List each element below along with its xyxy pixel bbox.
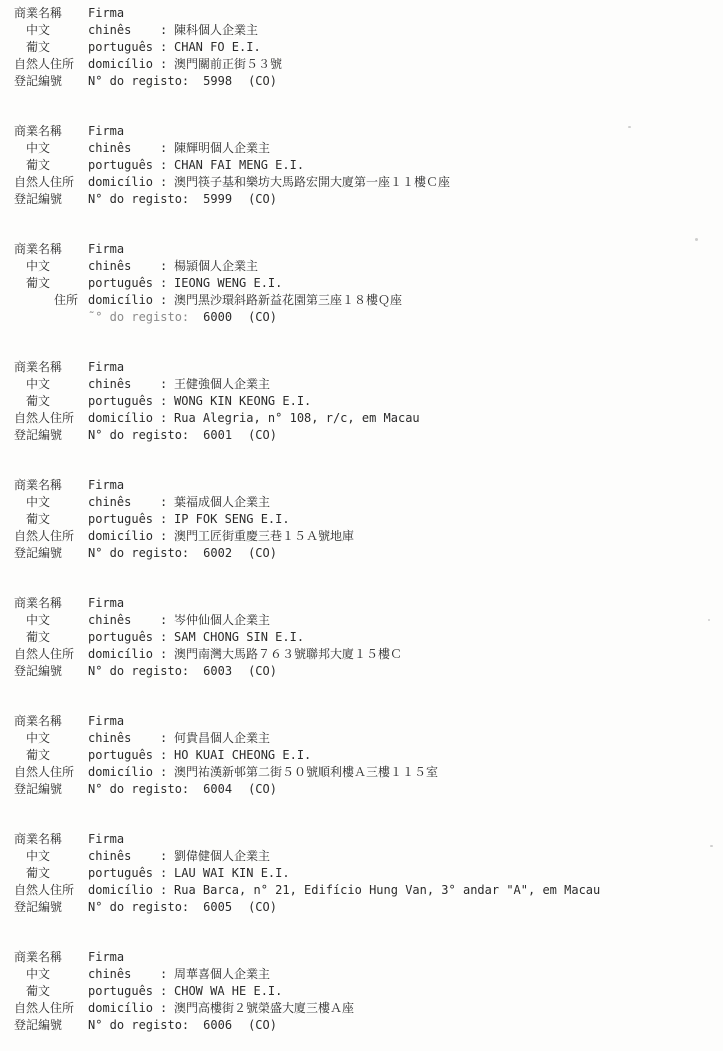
chinese-name-value: 岑仲仙個人企業主 [174,612,270,629]
colon-separator: : [160,528,174,545]
colon-separator: : [160,764,174,781]
registo-suffix: (CO) [248,899,277,916]
portuguese-name-row: 葡文 português : CHAN FO E.I. [14,39,723,56]
chinese-label-zh: 中文 [14,966,88,983]
firma-label-pt: Firma [88,241,124,258]
chinese-name-value: 楊頴個人企業主 [174,258,258,275]
colon-separator: : [160,730,174,747]
domicilio-row: 自然人住所 domicílio : 澳門關前正街５３號 [14,56,723,73]
domicilio-label-pt: domicílio [88,56,160,73]
chinese-label-pt: chinês [88,376,160,393]
registo-number: 6006 [203,1017,232,1034]
registo-row: 登記編號 N° do registo: 5999 (CO) [14,191,723,208]
portuguese-label-pt: português [88,39,160,56]
chinese-label-zh: 中文 [14,612,88,629]
colon-separator: : [160,393,174,410]
registo-label-pt: N° do registo: [88,663,189,680]
registo-label-pt: N° do registo: [88,73,189,90]
chinese-name-value: 何貴昌個人企業主 [174,730,270,747]
colon-separator: : [160,410,174,427]
firma-label-zh: 商業名稱 [14,595,88,612]
registry-page: 商業名稱 Firma 中文 chinês : 陳科個人企業主 葡文 portug… [0,0,723,1051]
registo-suffix: (CO) [248,663,277,680]
chinese-name-value: 周華喜個人企業主 [174,966,270,983]
portuguese-name-row: 葡文 português : IEONG WENG E.I. [14,275,723,292]
domicilio-value: 澳門高樓街２號榮盛大廈三樓Ａ座 [174,1000,354,1017]
domicilio-label-zh: 自然人住所 [14,882,88,899]
domicilio-label-pt: domicílio [88,1000,160,1017]
portuguese-label-pt: português [88,865,160,882]
portuguese-label-pt: português [88,747,160,764]
scan-speck [628,126,631,128]
portuguese-label-pt: português [88,157,160,174]
domicilio-row: 住所 domicílio : 澳門黑沙環斜路新益花園第三座１８樓Ｑ座 [14,292,723,309]
portuguese-label-zh: 葡文 [14,39,88,56]
registo-suffix: (CO) [248,191,277,208]
portuguese-name-value: CHOW WA HE E.I. [174,983,282,1000]
portuguese-name-row: 葡文 português : SAM CHONG SIN E.I. [14,629,723,646]
firma-row: 商業名稱 Firma [14,241,723,258]
domicilio-label-zh: 自然人住所 [14,174,88,191]
registo-suffix: (CO) [248,545,277,562]
domicilio-label-pt: domicílio [88,292,160,309]
domicilio-row: 自然人住所 domicílio : 澳門工匠街重慶三巷１５Ａ號地庫 [14,528,723,545]
colon-separator: : [160,629,174,646]
colon-separator: : [160,1000,174,1017]
registry-list: 商業名稱 Firma 中文 chinês : 陳科個人企業主 葡文 portug… [14,5,723,1034]
registo-label-zh: 登記編號 [14,73,88,90]
portuguese-name-value: IP FOK SENG E.I. [174,511,290,528]
chinese-name-value: 劉偉健個人企業主 [174,848,270,865]
domicilio-label-pt: domicílio [88,174,160,191]
domicilio-value: Rua Alegria, n° 108, r/c, em Macau [174,410,420,427]
registo-label-zh: 登記編號 [14,545,88,562]
domicilio-label-zh: 自然人住所 [14,528,88,545]
colon-separator: : [160,494,174,511]
registo-label-zh: 登記編號 [14,663,88,680]
chinese-label-zh: 中文 [14,730,88,747]
chinese-name-row: 中文 chinês : 陳輝明個人企業主 [14,140,723,157]
firma-label-zh: 商業名稱 [14,241,88,258]
colon-separator: : [160,275,174,292]
registo-label-pt: N° do registo: [88,427,189,444]
chinese-label-zh: 中文 [14,494,88,511]
registo-label-zh [14,309,88,326]
firma-label-zh: 商業名稱 [14,831,88,848]
domicilio-label-zh: 住所 [14,292,88,309]
portuguese-name-value: SAM CHONG SIN E.I. [174,629,304,646]
registry-entry: 商業名稱 Firma 中文 chinês : 劉偉健個人企業主 葡文 portu… [14,831,723,916]
domicilio-value: 澳門筷子基和樂坊大馬路宏開大廈第一座１１樓Ｃ座 [174,174,450,191]
domicilio-label-pt: domicílio [88,764,160,781]
registo-number: 6005 [203,899,232,916]
registry-entry: 商業名稱 Firma 中文 chinês : 葉福成個人企業主 葡文 portu… [14,477,723,562]
registo-label-zh: 登記編號 [14,191,88,208]
firma-label-pt: Firma [88,123,124,140]
registry-entry: 商業名稱 Firma 中文 chinês : 王健強個人企業主 葡文 portu… [14,359,723,444]
colon-separator: : [160,882,174,899]
portuguese-label-zh: 葡文 [14,983,88,1000]
registo-label-pt: N° do registo: [88,545,189,562]
registo-number: 6001 [203,427,232,444]
registo-row: 登記編號 N° do registo: 5998 (CO) [14,73,723,90]
portuguese-label-zh: 葡文 [14,393,88,410]
chinese-label-pt: chinês [88,140,160,157]
colon-separator: : [160,966,174,983]
firma-label-zh: 商業名稱 [14,949,88,966]
colon-separator: : [160,174,174,191]
portuguese-name-value: WONG KIN KEONG E.I. [174,393,311,410]
scan-speck [710,845,713,847]
registo-number: 5998 [203,73,232,90]
registo-row: 登記編號 N° do registo: 6003 (CO) [14,663,723,680]
firma-row: 商業名稱 Firma [14,831,723,848]
firma-row: 商業名稱 Firma [14,359,723,376]
colon-separator: : [160,646,174,663]
registo-number: 6002 [203,545,232,562]
domicilio-row: 自然人住所 domicílio : 澳門筷子基和樂坊大馬路宏開大廈第一座１１樓Ｃ… [14,174,723,191]
firma-label-zh: 商業名稱 [14,477,88,494]
colon-separator: : [160,848,174,865]
firma-label-pt: Firma [88,477,124,494]
registo-label-zh: 登記編號 [14,899,88,916]
registo-suffix: (CO) [248,781,277,798]
domicilio-row: 自然人住所 domicílio : Rua Barca, n° 21, Edif… [14,882,723,899]
chinese-name-value: 葉福成個人企業主 [174,494,270,511]
chinese-name-row: 中文 chinês : 劉偉健個人企業主 [14,848,723,865]
firma-row: 商業名稱 Firma [14,5,723,22]
chinese-name-value: 陳輝明個人企業主 [174,140,270,157]
portuguese-label-pt: português [88,983,160,1000]
portuguese-name-row: 葡文 português : IP FOK SENG E.I. [14,511,723,528]
registo-number: 6000 [203,309,232,326]
portuguese-name-value: IEONG WENG E.I. [174,275,282,292]
portuguese-label-pt: português [88,511,160,528]
registo-row: 登記編號 N° do registo: 6005 (CO) [14,899,723,916]
portuguese-name-row: 葡文 português : CHOW WA HE E.I. [14,983,723,1000]
colon-separator: : [160,983,174,1000]
chinese-label-zh: 中文 [14,22,88,39]
chinese-name-row: 中文 chinês : 周華喜個人企業主 [14,966,723,983]
registo-label-pt: N° do registo: [88,781,189,798]
registo-suffix: (CO) [248,309,277,326]
chinese-name-row: 中文 chinês : 何貴昌個人企業主 [14,730,723,747]
registo-label-zh: 登記編號 [14,1017,88,1034]
colon-separator: : [160,612,174,629]
domicilio-label-zh: 自然人住所 [14,764,88,781]
firma-row: 商業名稱 Firma [14,477,723,494]
chinese-name-row: 中文 chinês : 岑仲仙個人企業主 [14,612,723,629]
portuguese-label-zh: 葡文 [14,511,88,528]
portuguese-label-zh: 葡文 [14,157,88,174]
registo-row: 登記編號 N° do registo: 6002 (CO) [14,545,723,562]
chinese-label-pt: chinês [88,730,160,747]
firma-label-pt: Firma [88,949,124,966]
firma-row: 商業名稱 Firma [14,595,723,612]
chinese-label-pt: chinês [88,494,160,511]
registo-label-pt: N° do registo: [88,191,189,208]
scan-speck [708,619,710,621]
domicilio-value: 澳門工匠街重慶三巷１５Ａ號地庫 [174,528,354,545]
colon-separator: : [160,511,174,528]
domicilio-label-pt: domicílio [88,410,160,427]
firma-label-pt: Firma [88,831,124,848]
chinese-label-pt: chinês [88,848,160,865]
colon-separator: : [160,865,174,882]
portuguese-name-value: CHAN FO E.I. [174,39,261,56]
domicilio-label-zh: 自然人住所 [14,646,88,663]
chinese-label-zh: 中文 [14,258,88,275]
chinese-name-row: 中文 chinês : 王健強個人企業主 [14,376,723,393]
domicilio-label-pt: domicílio [88,646,160,663]
colon-separator: : [160,157,174,174]
chinese-name-value: 陳科個人企業主 [174,22,258,39]
chinese-name-row: 中文 chinês : 陳科個人企業主 [14,22,723,39]
registo-number: 6004 [203,781,232,798]
firma-label-pt: Firma [88,595,124,612]
colon-separator: : [160,22,174,39]
registo-row: 登記編號 N° do registo: 6006 (CO) [14,1017,723,1034]
domicilio-label-zh: 自然人住所 [14,1000,88,1017]
chinese-name-value: 王健強個人企業主 [174,376,270,393]
portuguese-label-pt: português [88,393,160,410]
registo-number: 5999 [203,191,232,208]
portuguese-name-row: 葡文 português : WONG KIN KEONG E.I. [14,393,723,410]
portuguese-name-value: LAU WAI KIN E.I. [174,865,290,882]
portuguese-label-pt: português [88,629,160,646]
portuguese-name-row: 葡文 português : CHAN FAI MENG E.I. [14,157,723,174]
registry-entry: 商業名稱 Firma 中文 chinês : 陳科個人企業主 葡文 portug… [14,5,723,90]
domicilio-label-pt: domicílio [88,528,160,545]
registo-label-pt: N° do registo: [88,1017,189,1034]
registo-number: 6003 [203,663,232,680]
registo-suffix: (CO) [248,427,277,444]
firma-label-pt: Firma [88,359,124,376]
colon-separator: : [160,258,174,275]
firma-row: 商業名稱 Firma [14,949,723,966]
registo-row: ˜° do registo: 6000 (CO) [14,309,723,326]
registry-entry: 商業名稱 Firma 中文 chinês : 周華喜個人企業主 葡文 portu… [14,949,723,1034]
domicilio-value: 澳門關前正街５３號 [174,56,282,73]
scan-speck [695,238,698,241]
chinese-label-pt: chinês [88,966,160,983]
registo-row: 登記編號 N° do registo: 6001 (CO) [14,427,723,444]
portuguese-name-value: HO KUAI CHEONG E.I. [174,747,311,764]
registo-label-zh: 登記編號 [14,781,88,798]
portuguese-label-zh: 葡文 [14,747,88,764]
portuguese-label-zh: 葡文 [14,275,88,292]
colon-separator: : [160,56,174,73]
firma-label-pt: Firma [88,5,124,22]
registo-label-pt: ˜° do registo: [88,309,189,326]
colon-separator: : [160,39,174,56]
registry-entry: 商業名稱 Firma 中文 chinês : 岑仲仙個人企業主 葡文 portu… [14,595,723,680]
portuguese-name-value: CHAN FAI MENG E.I. [174,157,304,174]
chinese-name-row: 中文 chinês : 楊頴個人企業主 [14,258,723,275]
registo-row: 登記編號 N° do registo: 6004 (CO) [14,781,723,798]
firma-label-zh: 商業名稱 [14,5,88,22]
domicilio-value: 澳門南灣大馬路７６３號聯邦大廈１５樓Ｃ [174,646,402,663]
chinese-name-row: 中文 chinês : 葉福成個人企業主 [14,494,723,511]
domicilio-value: 澳門祐漢新邨第二街５０號順利樓Ａ三樓１１５室 [174,764,438,781]
registo-label-pt: N° do registo: [88,899,189,916]
portuguese-name-row: 葡文 português : LAU WAI KIN E.I. [14,865,723,882]
firma-label-zh: 商業名稱 [14,713,88,730]
domicilio-value: 澳門黑沙環斜路新益花園第三座１８樓Ｑ座 [174,292,402,309]
portuguese-label-zh: 葡文 [14,865,88,882]
colon-separator: : [160,747,174,764]
chinese-label-zh: 中文 [14,140,88,157]
registry-entry: 商業名稱 Firma 中文 chinês : 何貴昌個人企業主 葡文 portu… [14,713,723,798]
colon-separator: : [160,376,174,393]
colon-separator: : [160,140,174,157]
registo-suffix: (CO) [248,73,277,90]
domicilio-value: Rua Barca, n° 21, Edifício Hung Van, 3° … [174,882,600,899]
portuguese-label-zh: 葡文 [14,629,88,646]
domicilio-label-zh: 自然人住所 [14,56,88,73]
chinese-label-zh: 中文 [14,848,88,865]
chinese-label-pt: chinês [88,258,160,275]
chinese-label-pt: chinês [88,22,160,39]
firma-label-zh: 商業名稱 [14,123,88,140]
chinese-label-pt: chinês [88,612,160,629]
domicilio-row: 自然人住所 domicílio : 澳門高樓街２號榮盛大廈三樓Ａ座 [14,1000,723,1017]
registo-label-zh: 登記編號 [14,427,88,444]
firma-row: 商業名稱 Firma [14,713,723,730]
firma-row: 商業名稱 Firma [14,123,723,140]
chinese-label-zh: 中文 [14,376,88,393]
domicilio-label-pt: domicílio [88,882,160,899]
portuguese-label-pt: português [88,275,160,292]
firma-label-zh: 商業名稱 [14,359,88,376]
domicilio-label-zh: 自然人住所 [14,410,88,427]
firma-label-pt: Firma [88,713,124,730]
domicilio-row: 自然人住所 domicílio : 澳門祐漢新邨第二街５０號順利樓Ａ三樓１１５室 [14,764,723,781]
portuguese-name-row: 葡文 português : HO KUAI CHEONG E.I. [14,747,723,764]
domicilio-row: 自然人住所 domicílio : 澳門南灣大馬路７６３號聯邦大廈１５樓Ｃ [14,646,723,663]
domicilio-row: 自然人住所 domicílio : Rua Alegria, n° 108, r… [14,410,723,427]
registry-entry: 商業名稱 Firma 中文 chinês : 楊頴個人企業主 葡文 portug… [14,241,723,326]
colon-separator: : [160,292,174,309]
registry-entry: 商業名稱 Firma 中文 chinês : 陳輝明個人企業主 葡文 portu… [14,123,723,208]
registo-suffix: (CO) [248,1017,277,1034]
